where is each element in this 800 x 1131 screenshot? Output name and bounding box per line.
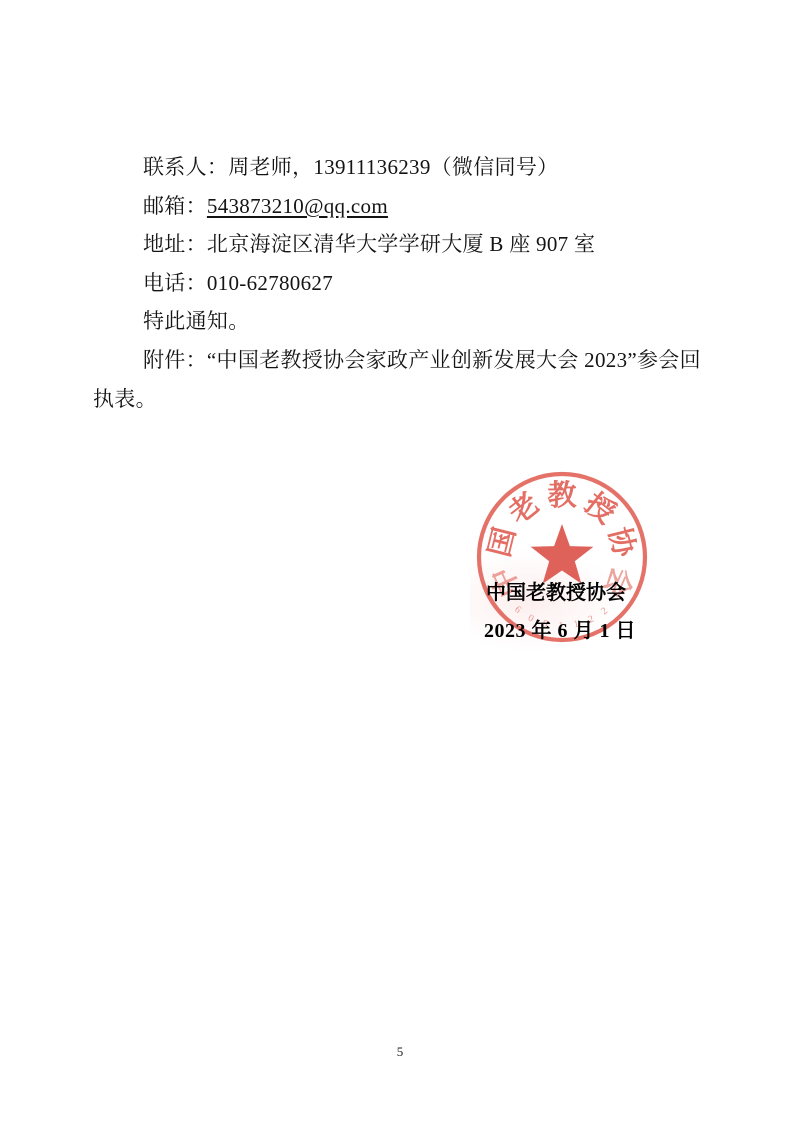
seal-ring-char: 教: [547, 479, 577, 512]
contact-line: 联系人：周老师，13911136239（微信同号）: [93, 148, 709, 187]
document-page: 联系人：周老师，13911136239（微信同号） 邮箱：543873210@q…: [0, 0, 800, 1131]
seal-ring-char: 协: [602, 524, 641, 561]
star-icon: [531, 524, 594, 584]
email-value: 543873210@qq.com: [207, 194, 388, 218]
phone-line: 电话：010-62780627: [93, 264, 709, 303]
document-body: 联系人：周老师，13911136239（微信同号） 邮箱：543873210@q…: [93, 148, 709, 418]
seal-ring-char: 国: [483, 524, 522, 560]
notice-line: 特此通知。: [93, 302, 709, 341]
signature-date: 2023 年 6 月 1 日: [484, 614, 636, 643]
email-label: 邮箱：: [143, 194, 207, 218]
signature-org-name: 中国老教授协会: [486, 576, 626, 605]
page-number: 5: [0, 1044, 800, 1060]
attachment-line: 附件：“中国老教授协会家政产业创新发展大会 2023”参会回执表。: [93, 341, 709, 418]
address-line: 地址：北京海淀区清华大学学研大厦 B 座 907 室: [93, 225, 709, 264]
email-line: 邮箱：543873210@qq.com: [93, 187, 709, 226]
